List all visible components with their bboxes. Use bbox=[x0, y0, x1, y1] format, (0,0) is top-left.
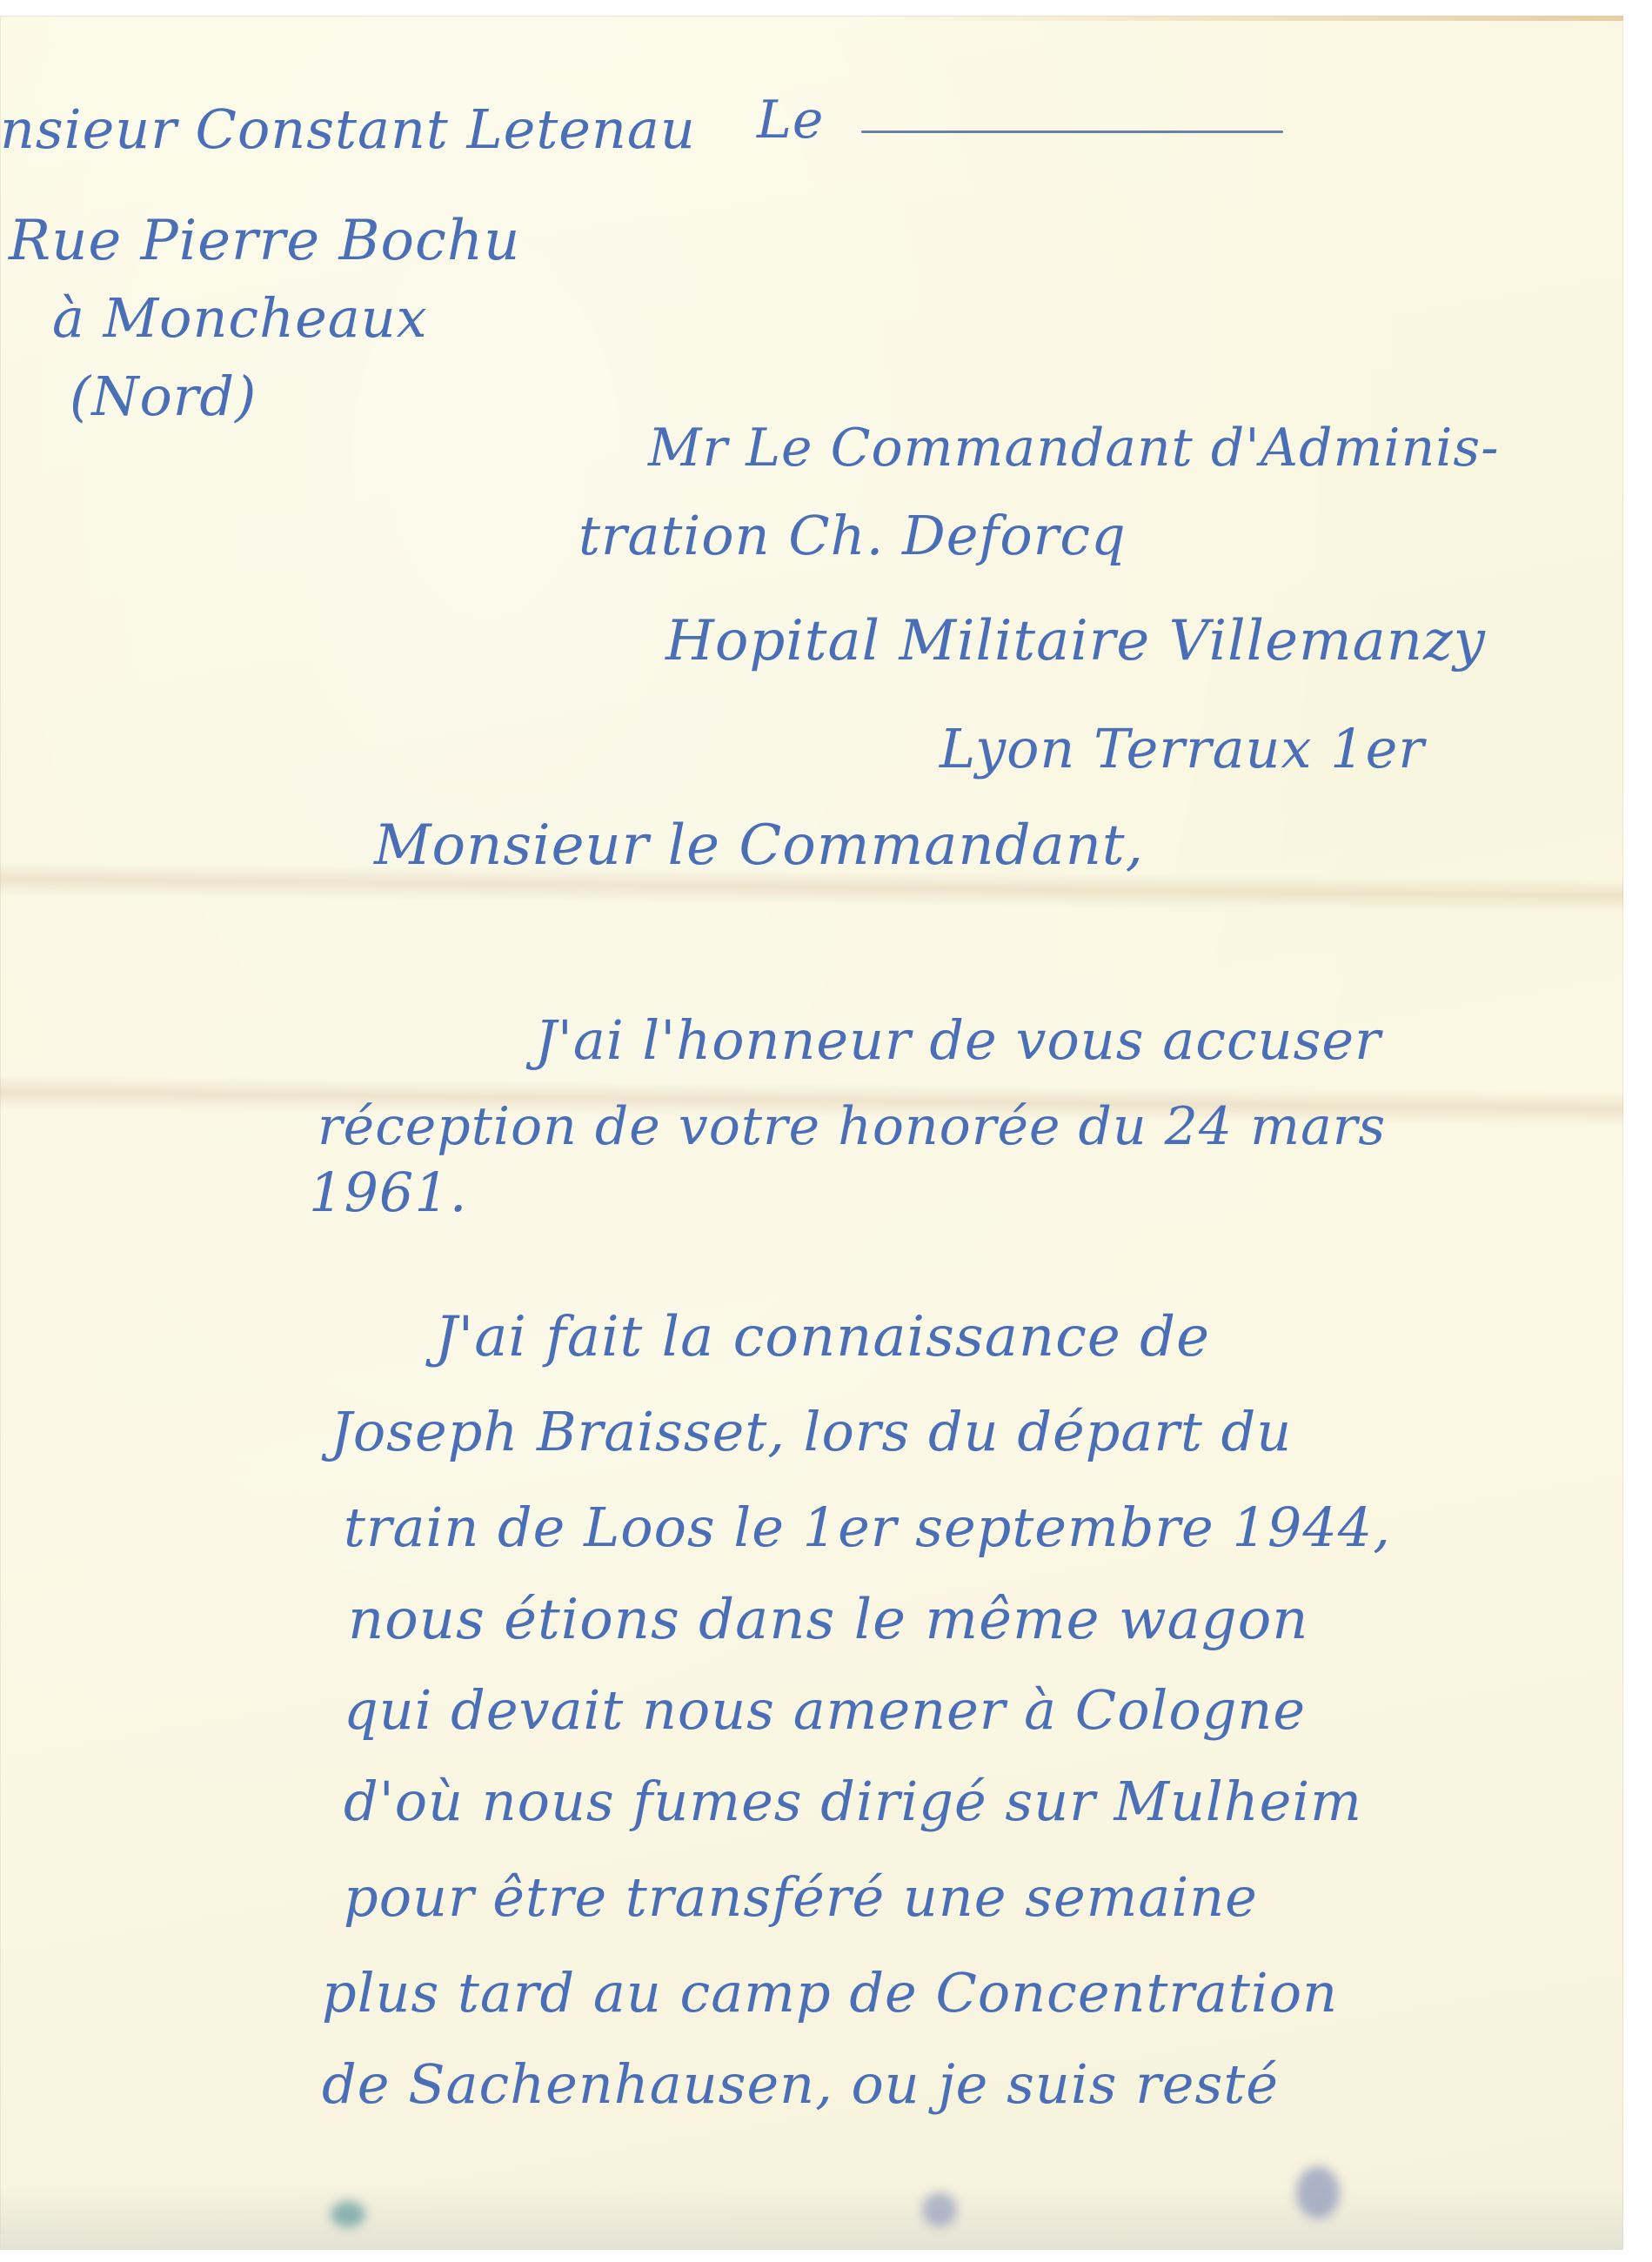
body-line: réception de votre honorée du 24 mars bbox=[318, 1101, 1386, 1153]
body-line: 1961. bbox=[309, 1166, 468, 1220]
recipient-line-1: Mr Le Commandant d'Adminis- bbox=[648, 422, 1499, 474]
body-line: train de Loos le 1er septembre 1944, bbox=[344, 1501, 1391, 1555]
paper-bottom-shadow bbox=[0, 2184, 1623, 2250]
salutation: Monsieur le Commandant, bbox=[374, 818, 1144, 873]
sender-name: nsieur Constant Letenau bbox=[0, 103, 696, 157]
body-line: plus tard au camp de Concentration bbox=[322, 1966, 1338, 2020]
date-label: Le bbox=[757, 94, 824, 146]
body-line: J'ai l'honneur de vous accuser bbox=[535, 1014, 1381, 1067]
body-line: d'où nous fumes dirigé sur Mulheim bbox=[344, 1775, 1362, 1829]
paper-edge-stain bbox=[870, 16, 1623, 21]
body-line: nous étions dans le même wagon bbox=[348, 1592, 1309, 1648]
recipient-line-2: tration Ch. Deforcq bbox=[579, 509, 1127, 563]
sender-street: Rue Pierre Bochu bbox=[9, 213, 520, 269]
ink-stain bbox=[1296, 2166, 1340, 2218]
body-line: J'ai fait la connaissance de bbox=[435, 1309, 1210, 1365]
body-line: qui devait nous amener à Cologne bbox=[344, 1683, 1306, 1737]
recipient-line-4: Lyon Terraux 1er bbox=[940, 722, 1425, 776]
sender-town: à Moncheaux bbox=[52, 291, 428, 345]
sender-department: (Nord) bbox=[70, 370, 257, 424]
ink-stain bbox=[331, 2201, 365, 2227]
body-line: pour être transféré une semaine bbox=[344, 1870, 1258, 1924]
body-line: de Sachenhausen, ou je suis resté bbox=[322, 2058, 1279, 2111]
ink-stain bbox=[922, 2192, 957, 2227]
body-line: Joseph Braisset, lors du départ du bbox=[331, 1405, 1292, 1459]
recipient-line-3: Hopital Militaire Villemanzy bbox=[665, 613, 1486, 669]
date-blank-line bbox=[861, 130, 1283, 133]
